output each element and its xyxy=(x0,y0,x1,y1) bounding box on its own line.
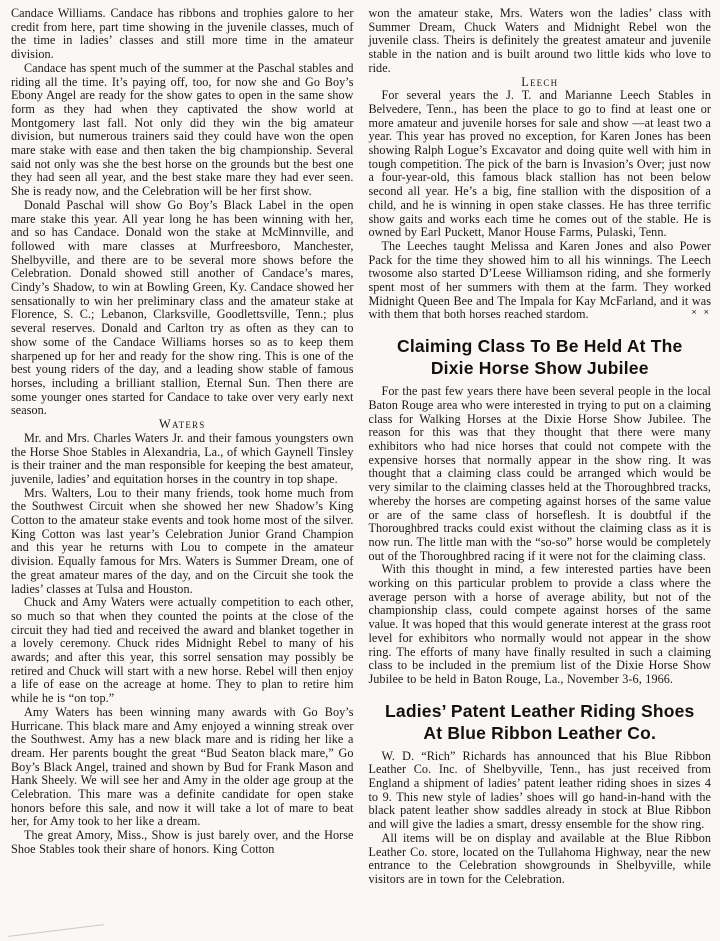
paragraph-chuck-amy: Chuck and Amy Waters were actually compe… xyxy=(11,596,354,706)
paragraph-claiming-2: With this thought in mind, a few interes… xyxy=(369,563,712,686)
article-title-patent-leather-shoes-line1: Ladies’ Patent Leather Riding Shoes xyxy=(369,700,712,722)
section-heading-leech: Leech xyxy=(369,76,712,90)
end-of-article-mark: × × xyxy=(678,307,711,321)
left-column: Candace Williams. Candace has ribbons an… xyxy=(11,7,354,937)
paragraph-shoes-2: All items will be on display and availab… xyxy=(369,832,712,887)
paragraph-candace-summer: Candace has spent much of the summer at … xyxy=(11,62,354,199)
paragraph-amory-show-left: The great Amory, Miss., Show is just bar… xyxy=(11,829,354,856)
magazine-page: Candace Williams. Candace has ribbons an… xyxy=(0,0,720,941)
article-title-claiming-class: Claiming Class To Be Held At The Dixie H… xyxy=(369,335,712,379)
paragraph-leech-students: The Leeches taught Melissa and Karen Jon… xyxy=(369,240,712,322)
article-title-claiming-class-line2: Dixie Horse Show Jubilee xyxy=(369,357,712,379)
paragraph-claiming-1: For the past few years there have been s… xyxy=(369,385,712,563)
article-title-patent-leather-shoes-line2: At Blue Ribbon Leather Co. xyxy=(369,722,712,744)
paragraph-waters-intro: Mr. and Mrs. Charles Waters Jr. and thei… xyxy=(11,432,354,487)
paragraph-leech-students-text: The Leeches taught Melissa and Karen Jon… xyxy=(369,239,712,322)
paragraph-lou-waters: Mrs. Walters, Lou to their many friends,… xyxy=(11,487,354,597)
article-title-claiming-class-line1: Claiming Class To Be Held At The xyxy=(369,335,712,357)
paragraph-donald-paschal: Donald Paschal will show Go Boy’s Black … xyxy=(11,199,354,418)
paragraph-amory-show-continuation: won the amateur stake, Mrs. Waters won t… xyxy=(369,7,712,76)
paragraph-shoes-1: W. D. “Rich” Richards has announced that… xyxy=(369,750,712,832)
right-column: won the amateur stake, Mrs. Waters won t… xyxy=(369,7,712,937)
article-title-patent-leather-shoes: Ladies’ Patent Leather Riding Shoes At B… xyxy=(369,700,712,744)
paragraph-candace-continuation: Candace Williams. Candace has ribbons an… xyxy=(11,7,354,62)
paragraph-leech-stables: For several years the J. T. and Marianne… xyxy=(369,89,712,240)
paragraph-amy-waters: Amy Waters has been winning many awards … xyxy=(11,706,354,829)
section-heading-waters: Waters xyxy=(11,418,354,432)
